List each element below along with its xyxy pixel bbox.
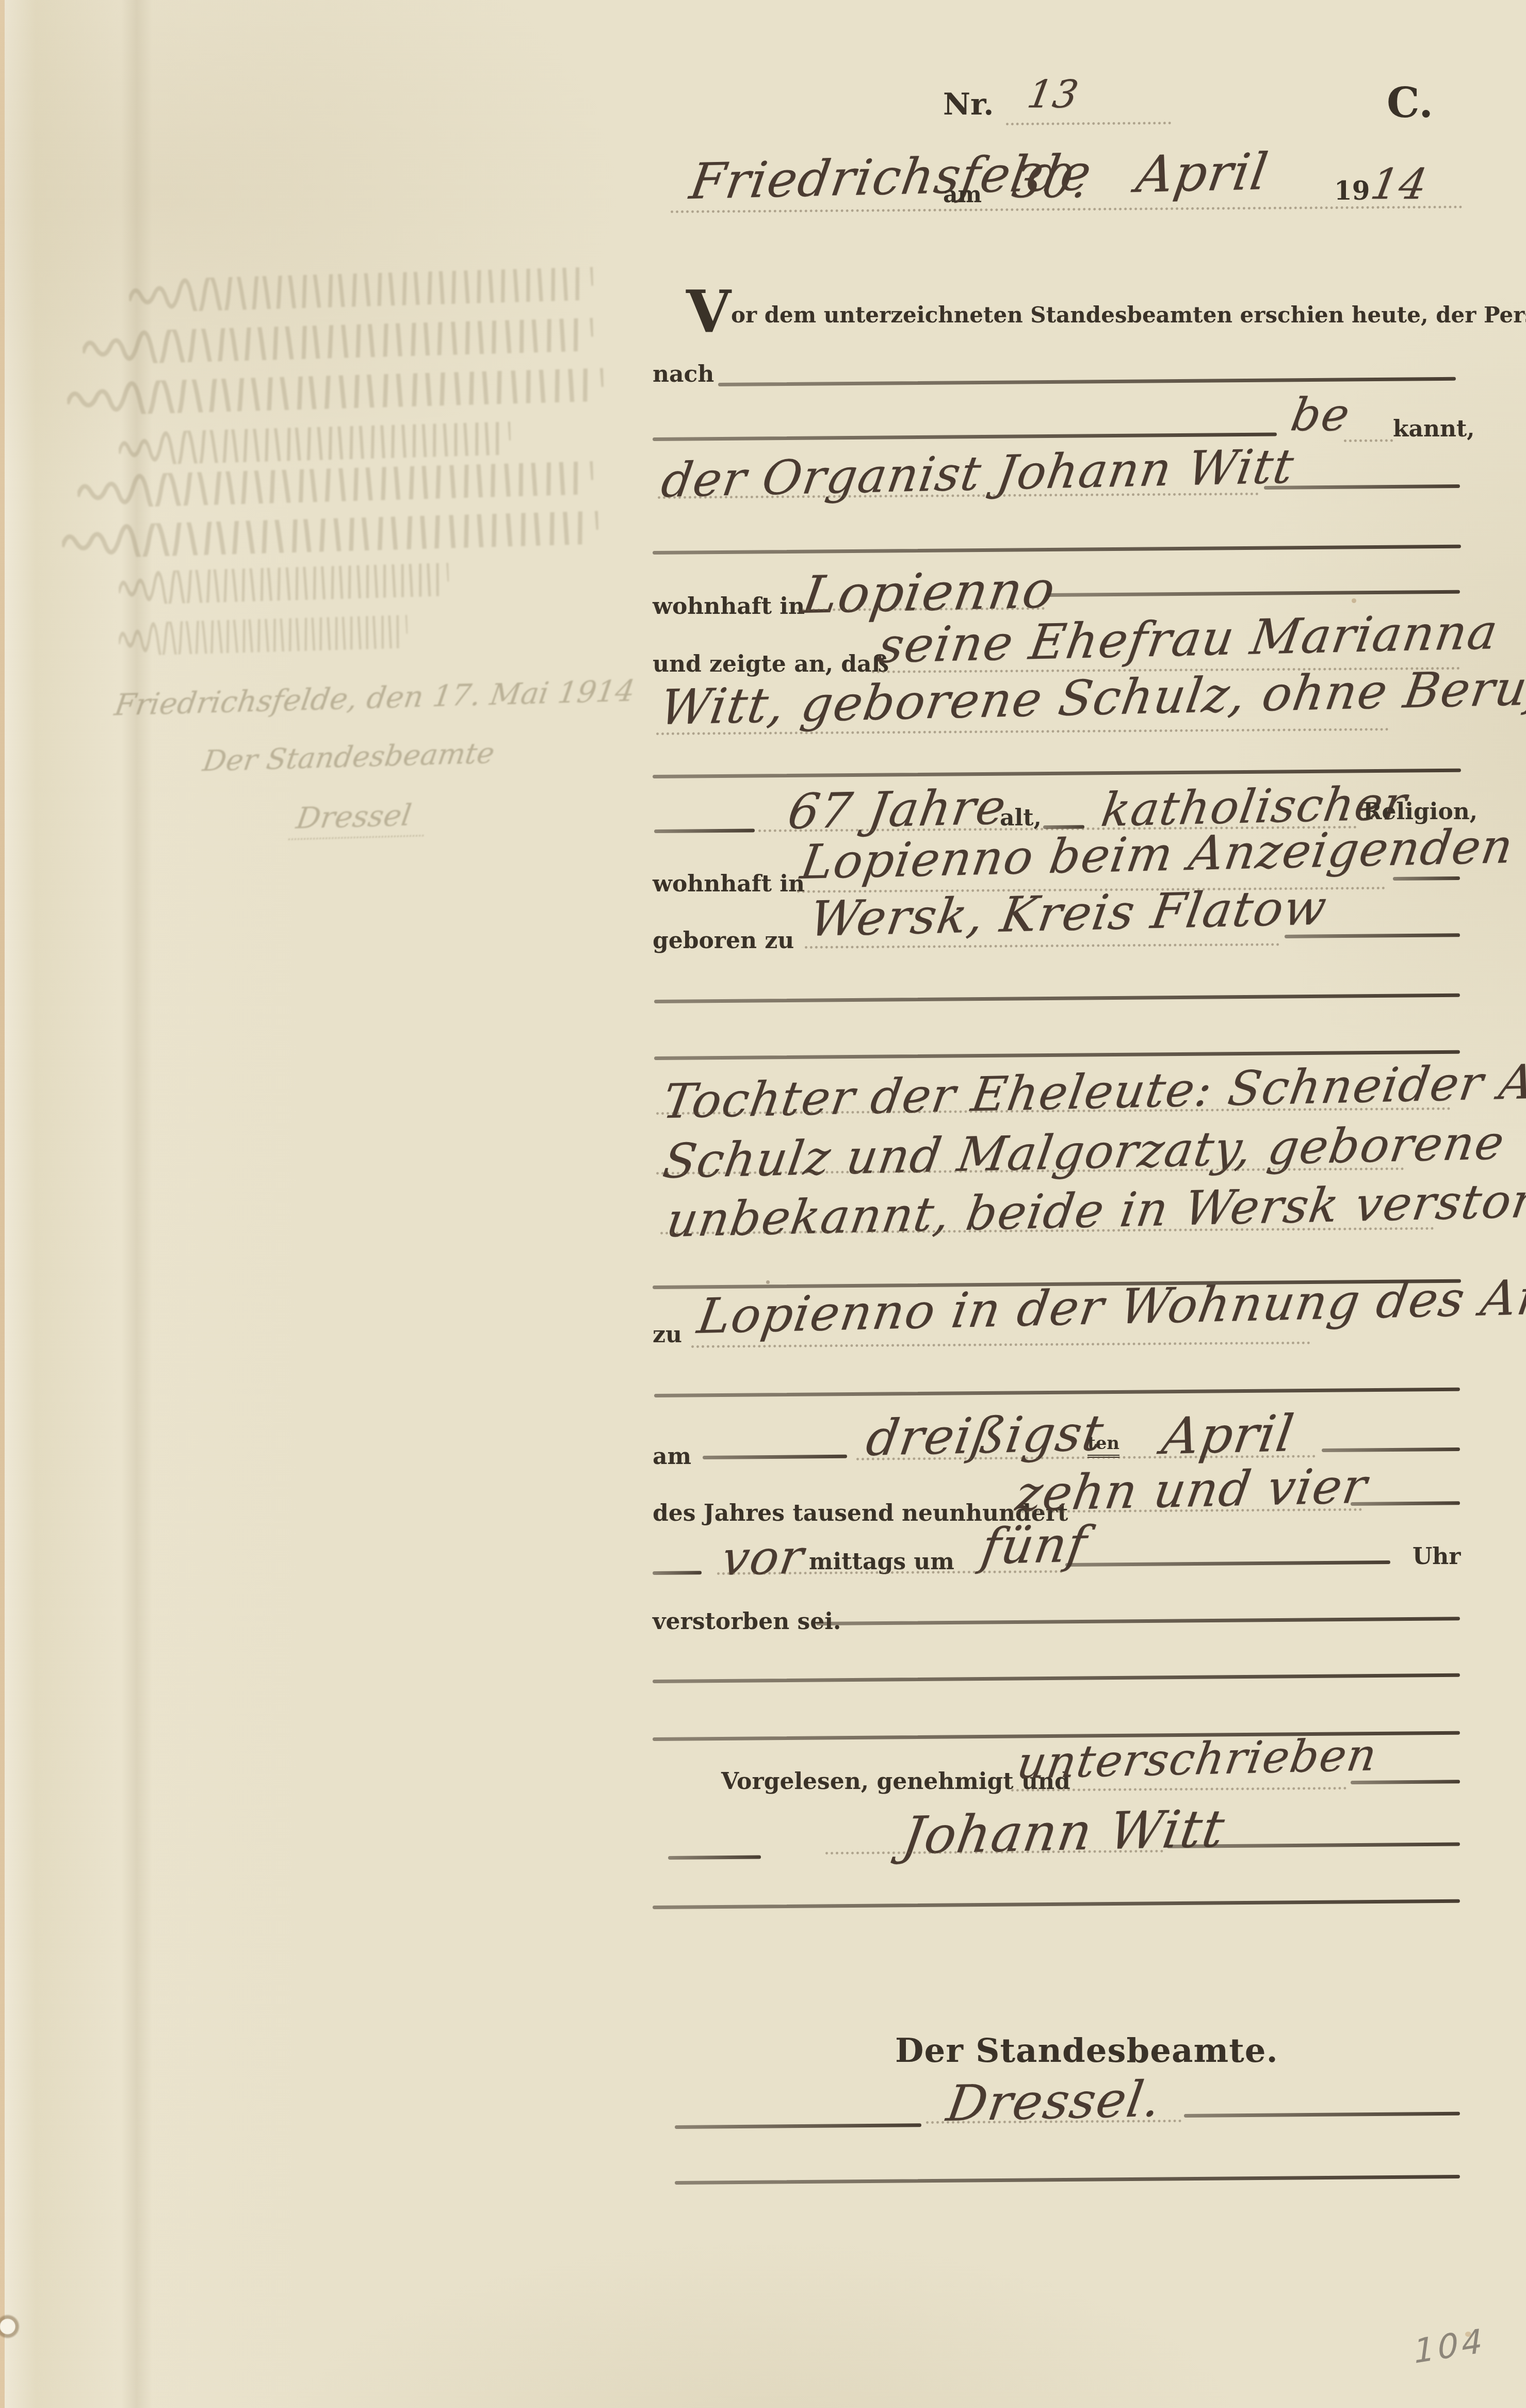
am-label: am (943, 182, 982, 208)
nr-label: Nr. (943, 87, 994, 122)
ten-label: ten (1087, 1433, 1119, 1458)
ghost-script-line (118, 421, 511, 465)
year-written: 14 (1367, 160, 1432, 209)
kannt-label: kannt, (1393, 416, 1475, 442)
paper-damage-spot (0, 2306, 22, 2357)
page-number-pencil: 104 (1413, 2322, 1486, 2371)
residence-label: wohnhaft in (653, 593, 805, 620)
be-written: be (1287, 388, 1355, 441)
registrar-heading: Der Standesbeamte. (895, 2031, 1278, 2070)
nr-value: 13 (1024, 72, 1082, 117)
alt-label: alt, (1000, 805, 1042, 831)
ghost-script-line (77, 461, 593, 509)
intro-line: Vor dem unterzeichneten Standesbeamten e… (686, 289, 1526, 335)
death-month-written: April (1158, 1404, 1298, 1466)
date-month: April (1132, 142, 1273, 204)
declarant-signature: Johann Witt (899, 1798, 1229, 1866)
ghost-registrar: Der Standesbeamte (201, 736, 497, 778)
ghost-script-line (82, 318, 593, 365)
ghost-script-line (128, 267, 593, 313)
death-register-page: Friedrichsfelde, den 17. Mai 1914 Der St… (0, 0, 1526, 2408)
death-place-value: Lopienno in der Wohnung des Anzeigenden (694, 1263, 1526, 1345)
uhr-label: Uhr (1413, 1543, 1461, 1570)
date-day: 30. (1009, 155, 1093, 208)
verstorben-label: verstorben sei. (653, 1608, 841, 1635)
ghost-script-line (118, 563, 449, 605)
unterschrieben-written: unterschrieben (1014, 1729, 1381, 1789)
ghost-signature: Dressel (288, 796, 430, 840)
ghost-script-line (118, 615, 408, 656)
intro-dropcap: V (686, 278, 731, 346)
death-am-label: am (653, 1443, 691, 1470)
ghost-place-date: Friedrichsfelde, den 17. Mai 1914 (112, 673, 638, 722)
page-edge (0, 0, 5, 2408)
birth-label: geboren zu (653, 928, 794, 954)
vor-written: vor (718, 1529, 808, 1586)
corner-letter: C. (1387, 78, 1433, 127)
residence2-label: wohnhaft in (653, 871, 805, 897)
nach-label: nach (653, 361, 714, 387)
paper-speck (1352, 598, 1356, 603)
report-label: und zeigte an, daß (653, 651, 889, 677)
paper-speck (766, 1280, 770, 1284)
death-place-label: zu (653, 1322, 682, 1348)
birth-value: Wersk, Kreis Flatow (806, 880, 1331, 948)
year-printed: 19 (1334, 175, 1370, 206)
